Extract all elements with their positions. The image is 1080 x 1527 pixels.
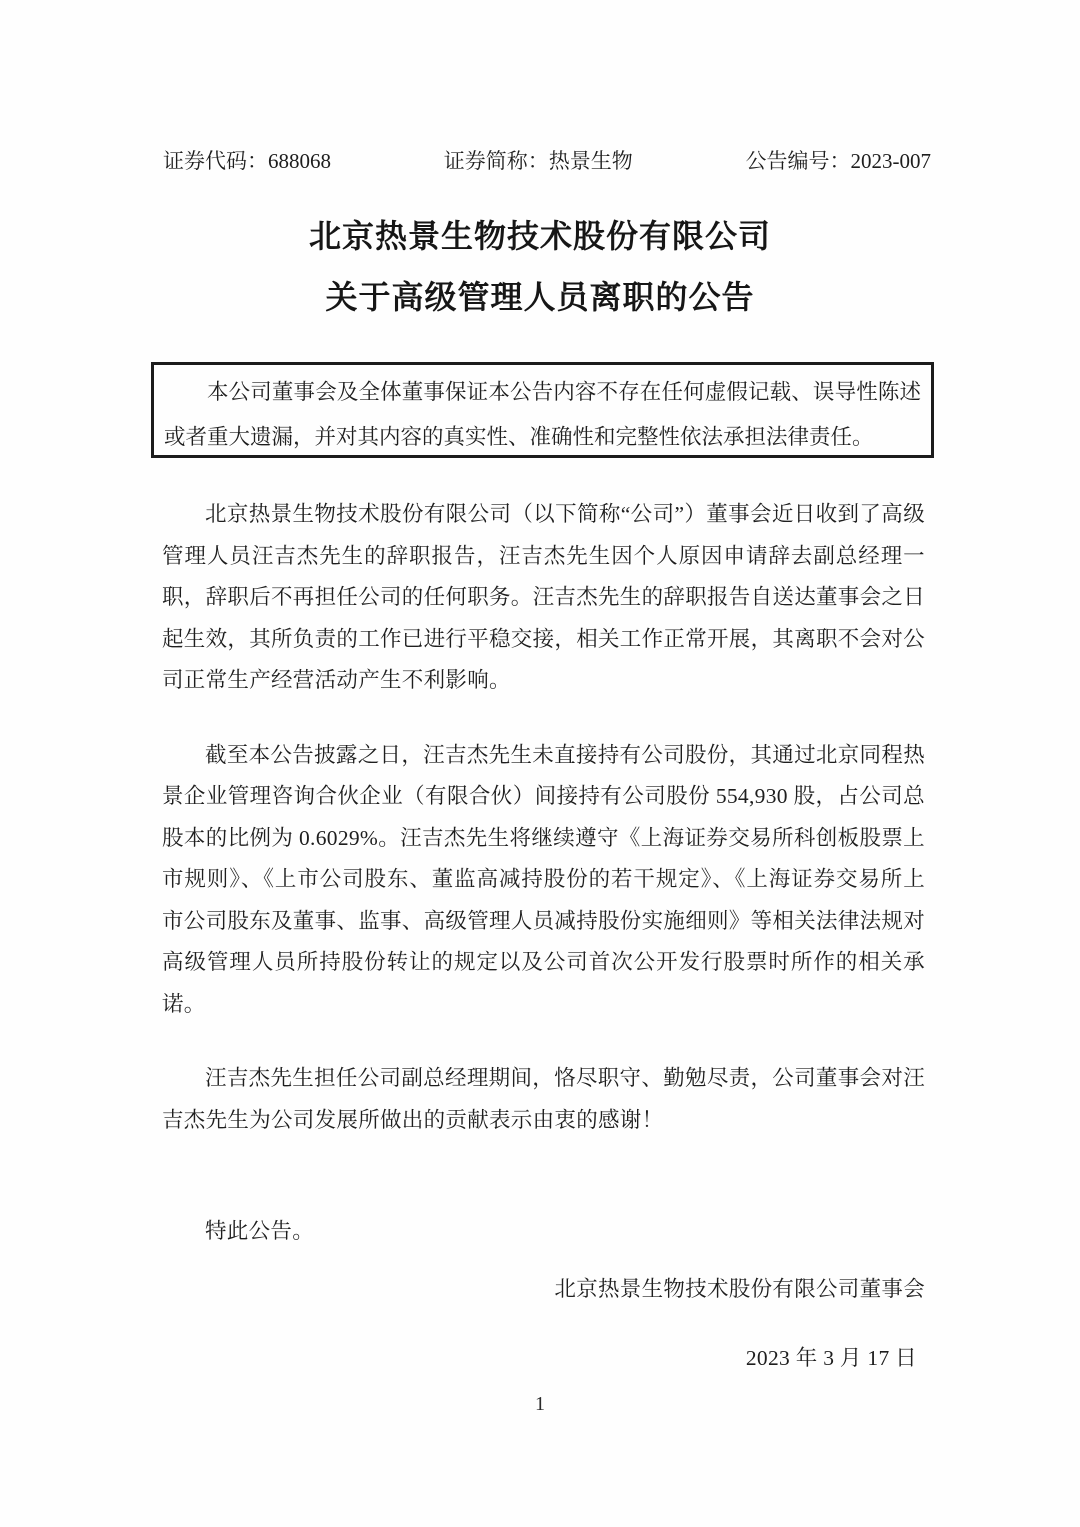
stock-code: 证券代码：688068 xyxy=(163,148,331,174)
announcement-number: 公告编号：2023-007 xyxy=(746,148,932,174)
title-company-name: 北京热景生物技术股份有限公司 xyxy=(0,206,1080,267)
closing-statement: 特此公告。 xyxy=(162,1211,925,1253)
page-number: 1 xyxy=(0,1390,1080,1418)
document-header: 证券代码：688068 证券简称：热景生物 公告编号：2023-007 xyxy=(163,148,931,174)
board-disclaimer-box: 本公司董事会及全体董事保证本公告内容不存在任何虚假记载、误导性陈述或者重大遗漏，… xyxy=(151,362,934,458)
announcement-date: 2023 年 3 月 17 日 xyxy=(162,1338,925,1380)
board-signature: 北京热景生物技术股份有限公司董事会 xyxy=(162,1269,925,1311)
document-body: 北京热景生物技术股份有限公司（以下简称“公司”）董事会近日收到了高级管理人员汪吉… xyxy=(162,494,925,1380)
title-subject: 关于高级管理人员离职的公告 xyxy=(0,267,1080,328)
stock-short-name: 证券简称：热景生物 xyxy=(444,148,633,174)
announcement-document: 证券代码：688068 证券简称：热景生物 公告编号：2023-007 北京热景… xyxy=(0,0,1080,1527)
paragraph-gratitude: 汪吉杰先生担任公司副总经理期间，恪尽职守、勤勉尽责，公司董事会对汪吉杰先生为公司… xyxy=(162,1058,925,1141)
paragraph-resignation-notice: 北京热景生物技术股份有限公司（以下简称“公司”）董事会近日收到了高级管理人员汪吉… xyxy=(162,494,925,702)
paragraph-shareholding: 截至本公告披露之日，汪吉杰先生未直接持有公司股份，其通过北京同程热景企业管理咨询… xyxy=(162,735,925,1026)
document-title: 北京热景生物技术股份有限公司 关于高级管理人员离职的公告 xyxy=(0,206,1080,328)
